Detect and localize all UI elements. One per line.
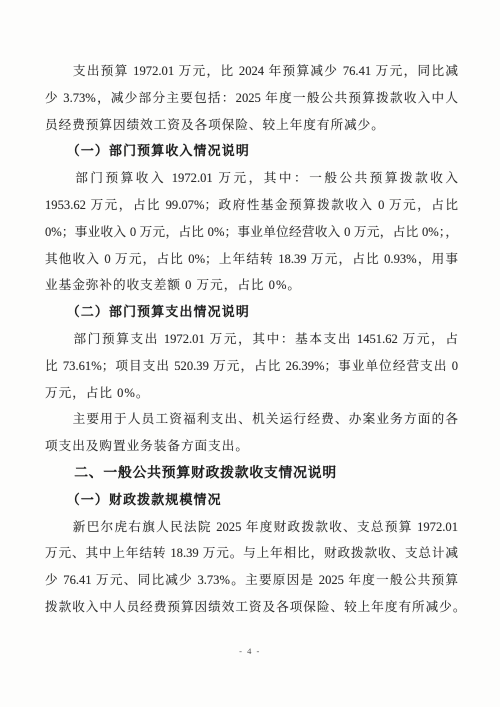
- paragraph-line: 员经费预算因绩效工资及各项保险、较上年度有所减少。: [45, 112, 458, 139]
- subsection-heading-income: （一）部门预算收入情况说明: [45, 138, 458, 165]
- paragraph-line: 支出预算 1972.01 万元，比 2024 年预算减少 76.41 万元，同比…: [45, 58, 458, 85]
- paragraph-line: 项支出及购置业务装备方面支出。: [45, 433, 458, 460]
- paragraph-line: 主要用于人员工资福利支出、机关运行经费、办案业务方面的各: [45, 406, 458, 433]
- paragraph-line: 其他收入 0 万元，占比 0%；上年结转 18.39 万元，占比 0.93%，用…: [45, 246, 458, 273]
- paragraph-line: 比 73.61%；项目支出 520.39 万元，占比 26.39%；事业单位经营…: [45, 353, 458, 380]
- page-number: - 4 -: [0, 646, 500, 656]
- paragraph-line: 1953.62 万元，占比 99.07%；政府性基金预算拨款收入 0 万元，占比: [45, 192, 458, 219]
- paragraph-line: 少 76.41 万元、同比减少 3.73%。主要原因是 2025 年度一般公共预…: [45, 567, 458, 594]
- subsection-heading-expense: （二）部门预算支出情况说明: [45, 299, 458, 326]
- section-heading-fiscal-appropriation: 二、一般公共预算财政拨款收支情况说明: [45, 460, 458, 487]
- paragraph-line: 部门预算收入 1972.01 万元，其中：一般公共预算拨款收入: [45, 165, 458, 192]
- paragraph-line: 少 3.73%，减少部分主要包括：2025 年度一般公共预算拨款收入中人: [45, 85, 458, 112]
- paragraph-line: 新巴尔虎右旗人民法院 2025 年度财政拨款收、支总预算 1972.01: [45, 514, 458, 541]
- document-page: 支出预算 1972.01 万元，比 2024 年预算减少 76.41 万元，同比…: [45, 58, 458, 621]
- paragraph-line: 拨款收入中人员经费预算因绩效工资及各项保险、较上年度有所减少。: [45, 594, 458, 621]
- paragraph-line: 万元，占比 0%。: [45, 380, 458, 407]
- paragraph-line: 万元、其中上年结转 18.39 万元。与上年相比，财政拨款收、支总计减: [45, 540, 458, 567]
- paragraph-line: 0%；事业收入 0 万元，占比 0%；事业单位经营收入 0 万元，占比 0%；，: [45, 219, 458, 246]
- paragraph-line: 部门预算支出 1972.01 万元，其中：基本支出 1451.62 万元，占: [45, 326, 458, 353]
- paragraph-line: 业基金弥补的收支差额 0 万元，占比 0%。: [45, 272, 458, 299]
- subsection-heading-scale: （一）财政拨款规模情况: [45, 487, 458, 514]
